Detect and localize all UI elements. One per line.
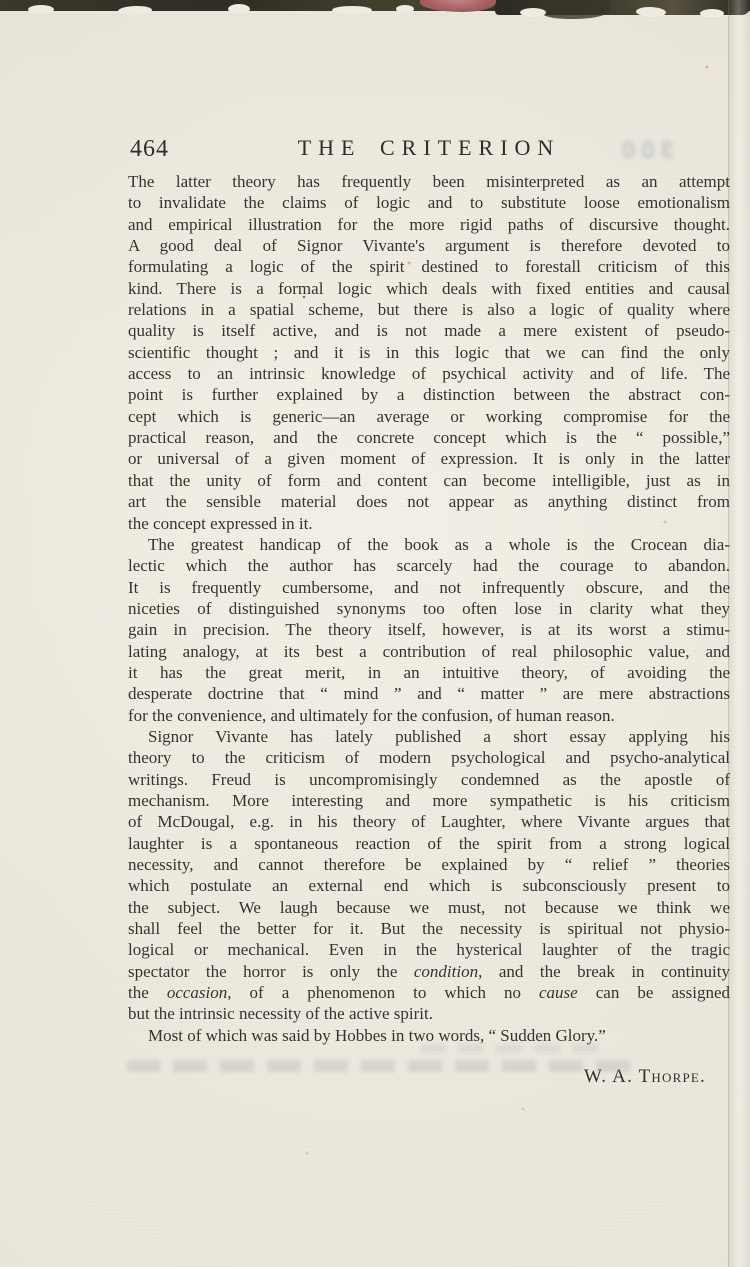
text-line: Most of which was said by Hobbes in two … bbox=[128, 1025, 730, 1046]
text-line: logical or mechanical. Even in the hyste… bbox=[128, 939, 730, 960]
text-line: laughter is a spontaneous reaction of th… bbox=[128, 833, 730, 854]
paper-tear-fleck bbox=[118, 5, 152, 15]
text-line: spectator the horror is only the conditi… bbox=[128, 961, 730, 982]
text-line: shall feel the better for it. But the ne… bbox=[128, 918, 730, 939]
text-line: and empirical illustration for the more … bbox=[128, 214, 730, 235]
text-line: for the convenience, and ultimately for … bbox=[128, 705, 730, 726]
text-line: art the sensible material does not appea… bbox=[128, 491, 730, 512]
text-line: lating analogy, at its best a contributi… bbox=[128, 641, 730, 662]
text-line: desperate doctrine that “ mind ” and “ m… bbox=[128, 683, 730, 704]
text-line: gain in precision. The theory itself, ho… bbox=[128, 619, 730, 640]
paper-tear-fleck bbox=[228, 4, 250, 14]
paper-tear-fleck bbox=[520, 8, 546, 17]
text-line: niceties of distinguished synonyms too o… bbox=[128, 598, 730, 619]
text-line: lectic which the author has scarcely had… bbox=[128, 555, 730, 576]
paper-tear-fleck bbox=[396, 5, 414, 13]
page-fore-edge bbox=[728, 0, 750, 1267]
text-line: Signor Vivante has lately published a sh… bbox=[128, 726, 730, 747]
showthrough-smudge-small bbox=[420, 1044, 600, 1053]
text-line: of McDougal, e.g. in his theory of Laugh… bbox=[128, 811, 730, 832]
paper-tear-fleck bbox=[28, 5, 54, 14]
paper-tear-fleck bbox=[700, 9, 724, 18]
paper-tear-fleck bbox=[636, 6, 666, 17]
text-line: it has the great merit, in an intuitive … bbox=[128, 662, 730, 683]
text-line: the concept expressed in it. bbox=[128, 513, 730, 534]
paper-tear-fleck bbox=[332, 6, 372, 14]
text-line: writings. Freud is uncompromisingly cond… bbox=[128, 769, 730, 790]
text-line: mechanism. More interesting and more sym… bbox=[128, 790, 730, 811]
text-line: practical reason, and the concrete conce… bbox=[128, 427, 730, 448]
paper-speckles bbox=[0, 0, 2, 2]
showthrough-ghost-numerals: 300 bbox=[564, 137, 674, 165]
text-line: cept which is generic—an average or work… bbox=[128, 406, 730, 427]
text-line: to invalidate the claims of logic and to… bbox=[128, 192, 730, 213]
text-line: that the unity of form and content can b… bbox=[128, 470, 730, 491]
text-line: The greatest handicap of the book as a w… bbox=[128, 534, 730, 555]
text-line: quality is itself active, and is not mad… bbox=[128, 320, 730, 341]
text-line: scientific thought ; and it is in this l… bbox=[128, 342, 730, 363]
running-header: 464 THE CRITERION 300 bbox=[128, 133, 730, 163]
text-line: point is further explained by a distinct… bbox=[128, 384, 730, 405]
text-line: but the intrinsic necessity of the activ… bbox=[128, 1003, 730, 1024]
text-line: access to an intrinsic knowledge of psyc… bbox=[128, 363, 730, 384]
text-line: which postulate an external end which is… bbox=[128, 875, 730, 896]
article-body: The latter theory has frequently been mi… bbox=[128, 171, 730, 1046]
text-line: It is frequently cumbersome, and not inf… bbox=[128, 577, 730, 598]
scanned-book-page: 464 THE CRITERION 300 The latter theory … bbox=[0, 0, 750, 1267]
text-line: theory to the criticism of modern psycho… bbox=[128, 747, 730, 768]
showthrough-smudge bbox=[126, 1060, 641, 1072]
text-line: the subject. We laugh because we must, n… bbox=[128, 897, 730, 918]
scan-top-edge bbox=[0, 0, 750, 22]
text-line: formulating a logic of the spirit destin… bbox=[128, 256, 730, 277]
text-line: or universal of a given moment of expres… bbox=[128, 448, 730, 469]
text-line: the occasion, of a phenomenon to which n… bbox=[128, 982, 730, 1003]
text-line: relations in a spatial scheme, but there… bbox=[128, 299, 730, 320]
text-line: A good deal of Signor Vivante's argument… bbox=[128, 235, 730, 256]
scan-edge-blotch bbox=[540, 0, 610, 19]
text-line: The latter theory has frequently been mi… bbox=[128, 171, 730, 192]
text-line: kind. There is a formal logic which deal… bbox=[128, 278, 730, 299]
text-line: necessity, and cannot therefore be expla… bbox=[128, 854, 730, 875]
